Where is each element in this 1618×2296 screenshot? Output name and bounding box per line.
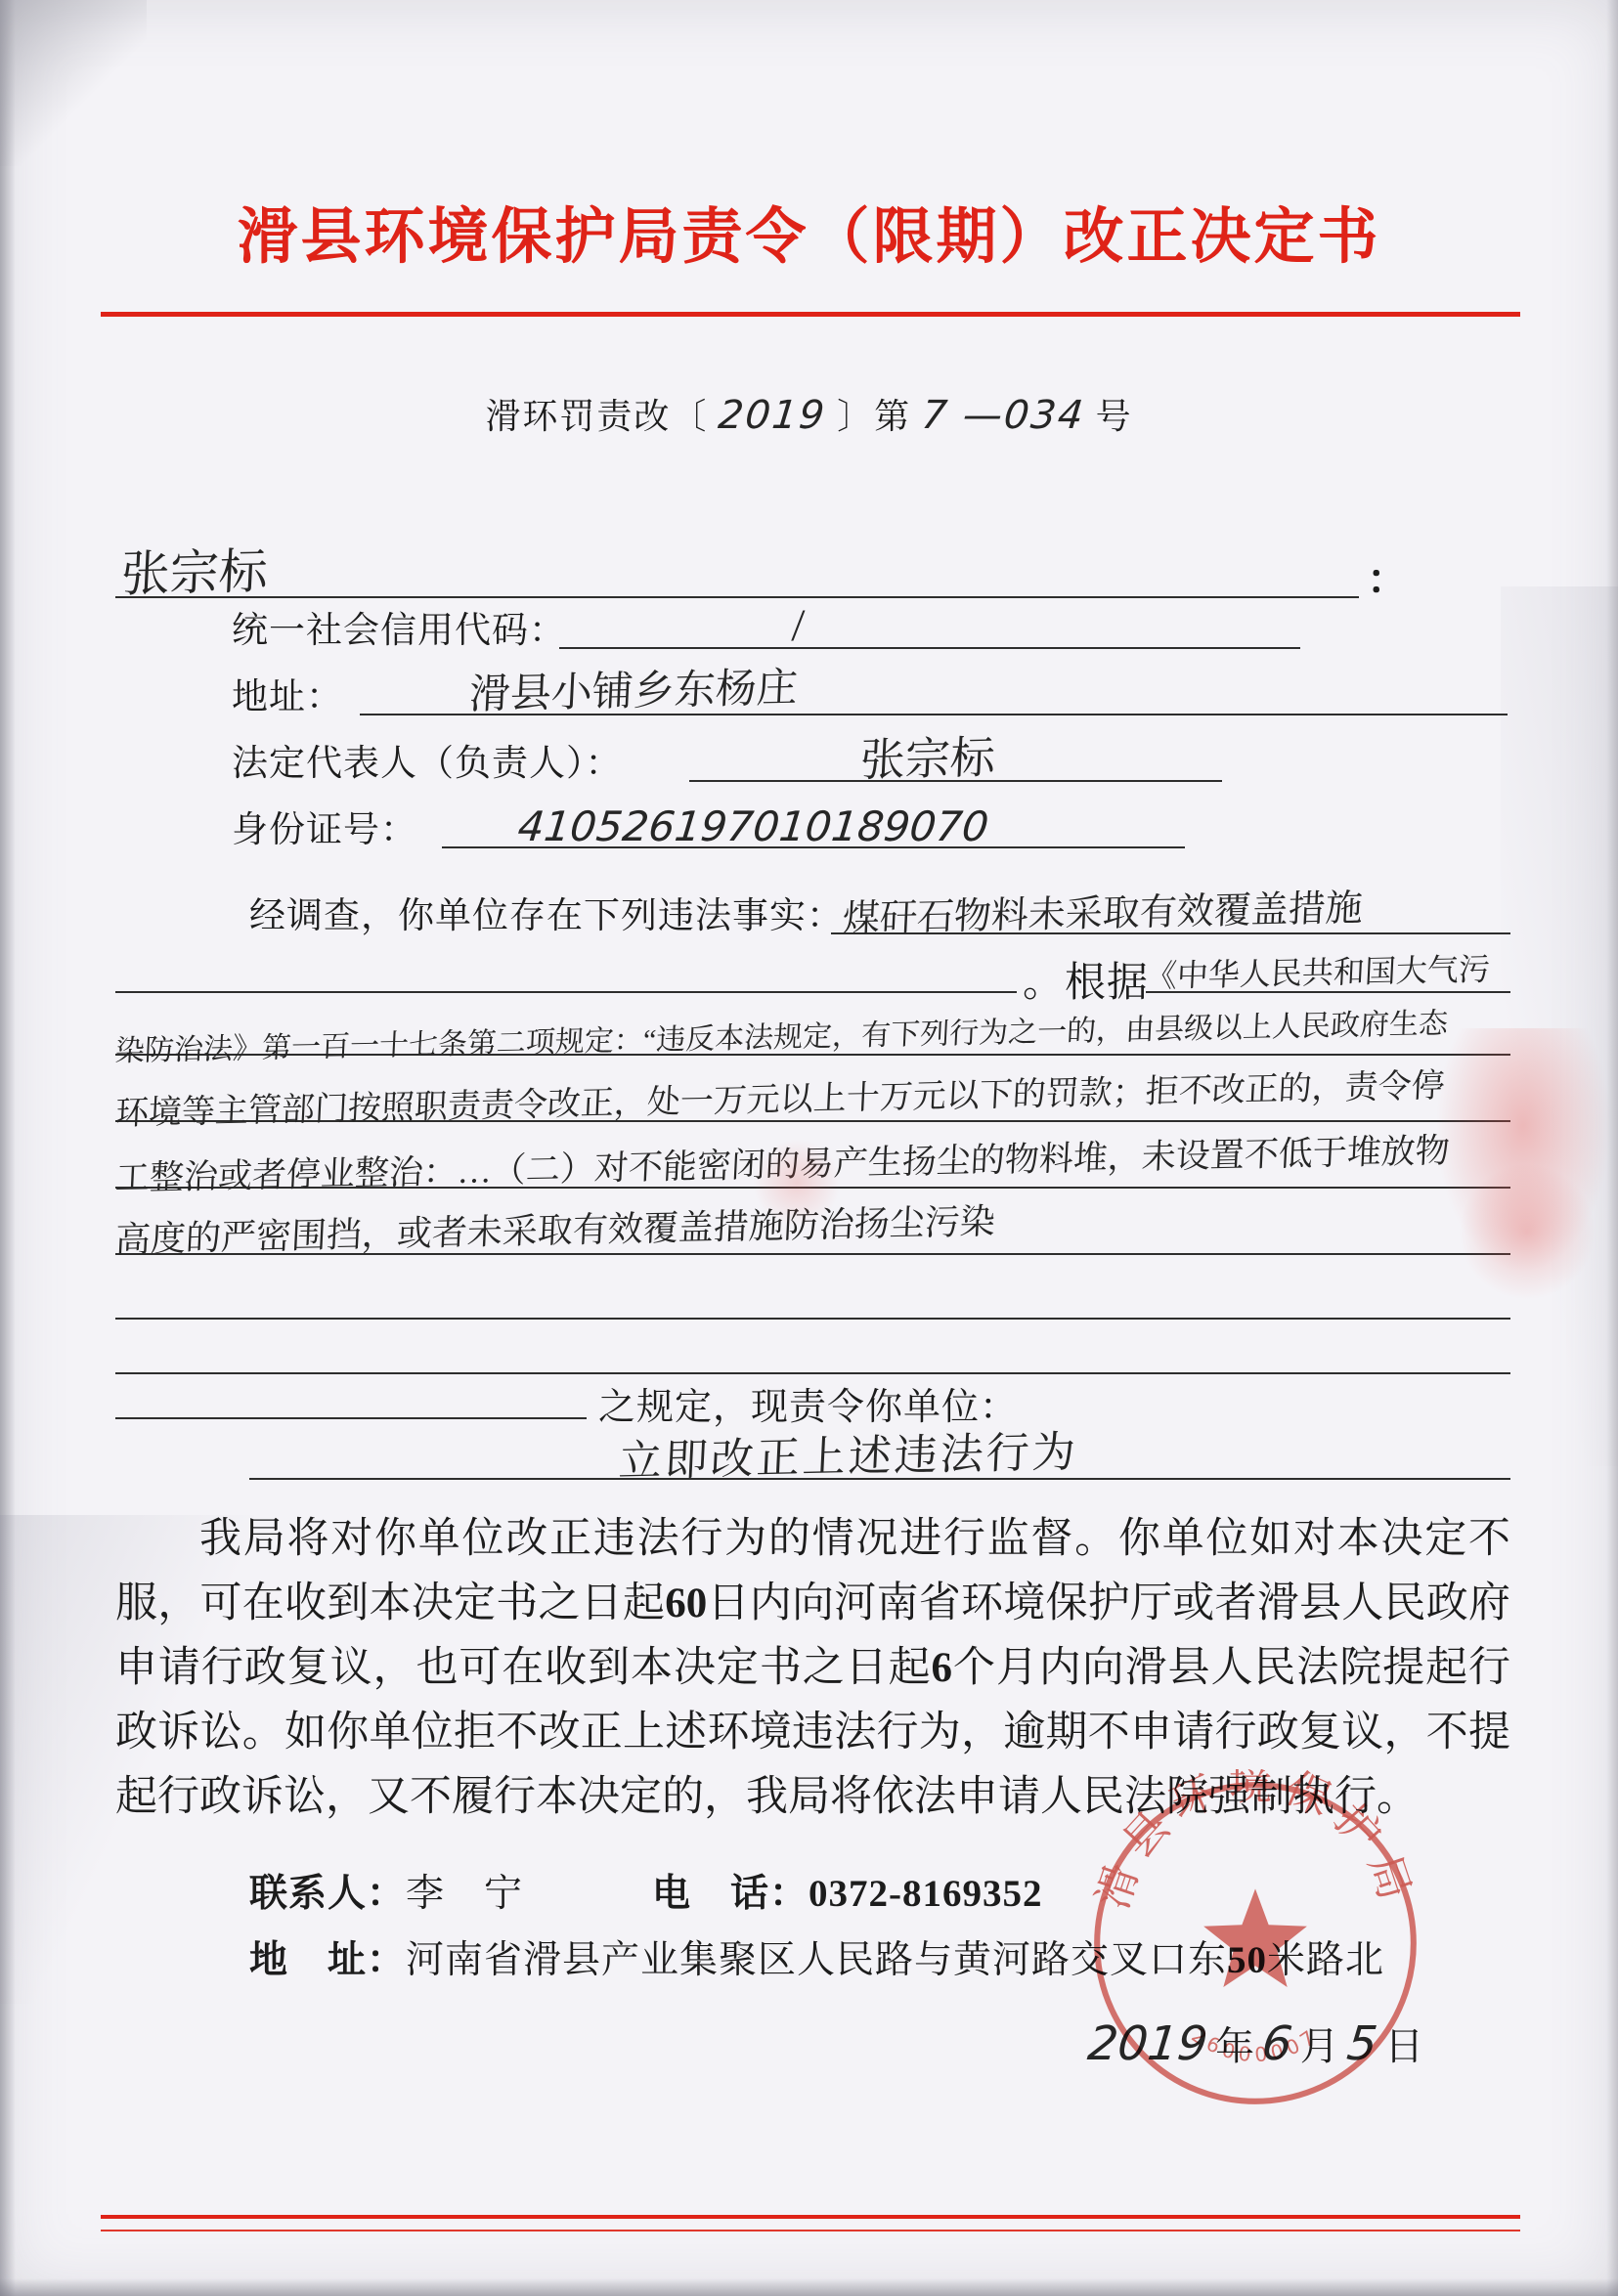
doc-no-year-handwritten: 2019	[717, 393, 829, 438]
blank-underline	[115, 1318, 1510, 1320]
scanned-document-page: 滑县环境保护局责令（限期）改正决定书 滑环罚责改〔 2019 〕第 7 —034…	[0, 0, 1618, 2296]
credit-code-handwritten: /	[791, 599, 806, 651]
facts-lead: 经调查，你单位存在下列违法事实：	[249, 886, 844, 938]
credit-code-label: 统一社会信用代码：	[232, 600, 566, 653]
contact-line: 联系人：李 宁电 话：0372-8169352	[249, 1863, 1043, 1918]
red-fingerprint-smudge	[1459, 1163, 1596, 1300]
id-number-label: 身份证号：	[232, 800, 417, 852]
footer-red-rule-thick	[101, 2215, 1520, 2219]
seal-code-text: 26000007	[1188, 2023, 1324, 2066]
address-handwritten: 滑县小铺乡东杨庄	[468, 655, 800, 720]
recipient-name-colon: ：	[1367, 547, 1408, 606]
paper-corner-fold	[0, 0, 147, 166]
address-label: 地址：	[232, 667, 343, 719]
legal-rep-label: 法定代表人（负责人）：	[232, 733, 623, 786]
contact-phone-number: 0372-8169352	[809, 1873, 1043, 1915]
paper-wrinkle	[1501, 586, 1618, 1466]
order-line: 立即改正上述违法行为	[249, 1415, 1510, 1480]
scan-edge-shadow-bottom	[0, 2278, 1618, 2296]
official-seal: 滑县环境保护局 26000007	[1081, 1769, 1429, 2117]
red-fingerprint-smudge	[753, 1139, 841, 1227]
law-line-3: 环境等主管部门按照职责责令改正，处一万元以上十万元以下的罚款；拒不改正的，责令停	[115, 1060, 1510, 1122]
contact-phone-label: 电 话：	[652, 1873, 809, 1915]
document-number-line: 滑环罚责改〔 2019 〕第 7 —034 号	[0, 389, 1618, 439]
credit-code-line: /	[559, 588, 1300, 649]
star-icon	[1203, 1888, 1307, 1987]
doc-no-suffix: 号	[1096, 397, 1133, 436]
supervision-days: 60	[665, 1581, 707, 1626]
footer-red-rule-thin	[101, 2230, 1520, 2231]
facts-value-line: 煤矸石物料未采取有效覆盖措施	[831, 874, 1510, 934]
address-line: 滑县小铺乡东杨庄	[360, 655, 1508, 715]
doc-no-mid: 〕第	[837, 397, 911, 436]
doc-no-prefix: 滑环罚责改〔	[485, 397, 708, 436]
contact-address-label: 地 址：	[249, 1939, 406, 1981]
facts-handwritten: 煤矸石物料未采取有效覆盖措施	[842, 877, 1365, 941]
law-line-2: 染防治法》第一百一十七条第二项规定：“违反本法规定，有下列行为之一的，由县级以上…	[115, 993, 1510, 1056]
contact-person-label: 联系人：	[249, 1873, 406, 1915]
doc-no-serial-handwritten: 7 —034	[920, 393, 1087, 438]
legal-rep-handwritten: 张宗标	[858, 722, 996, 790]
id-number-handwritten: 410526197010189070	[515, 802, 990, 850]
law-handwritten-5: 高度的严密围挡，或者未采取有效覆盖措施防治扬尘污染	[114, 1194, 996, 1263]
order-handwritten: 立即改正上述违法行为	[617, 1416, 1079, 1489]
document-title: 滑县环境保护局责令（限期）改正决定书	[0, 188, 1618, 275]
title-red-rule	[101, 312, 1520, 317]
contact-person-name: 李 宁	[406, 1873, 523, 1915]
law-line-1: 《中华人民共和国大气污	[1146, 936, 1510, 993]
legal-rep-line: 张宗标	[689, 721, 1222, 782]
id-number-line: 410526197010189070	[442, 788, 1185, 848]
law-handwritten-3: 环境等主管部门按照职责责令改正，处一万元以上十万元以下的罚款；拒不改正的，责令停	[114, 1059, 1446, 1135]
law-handwritten-1: 《中华人民共和国大气污	[1145, 944, 1491, 996]
recipient-name-handwritten: 张宗标	[119, 532, 269, 605]
supervision-months: 6	[932, 1645, 953, 1691]
blank-underline	[115, 1372, 1510, 1374]
